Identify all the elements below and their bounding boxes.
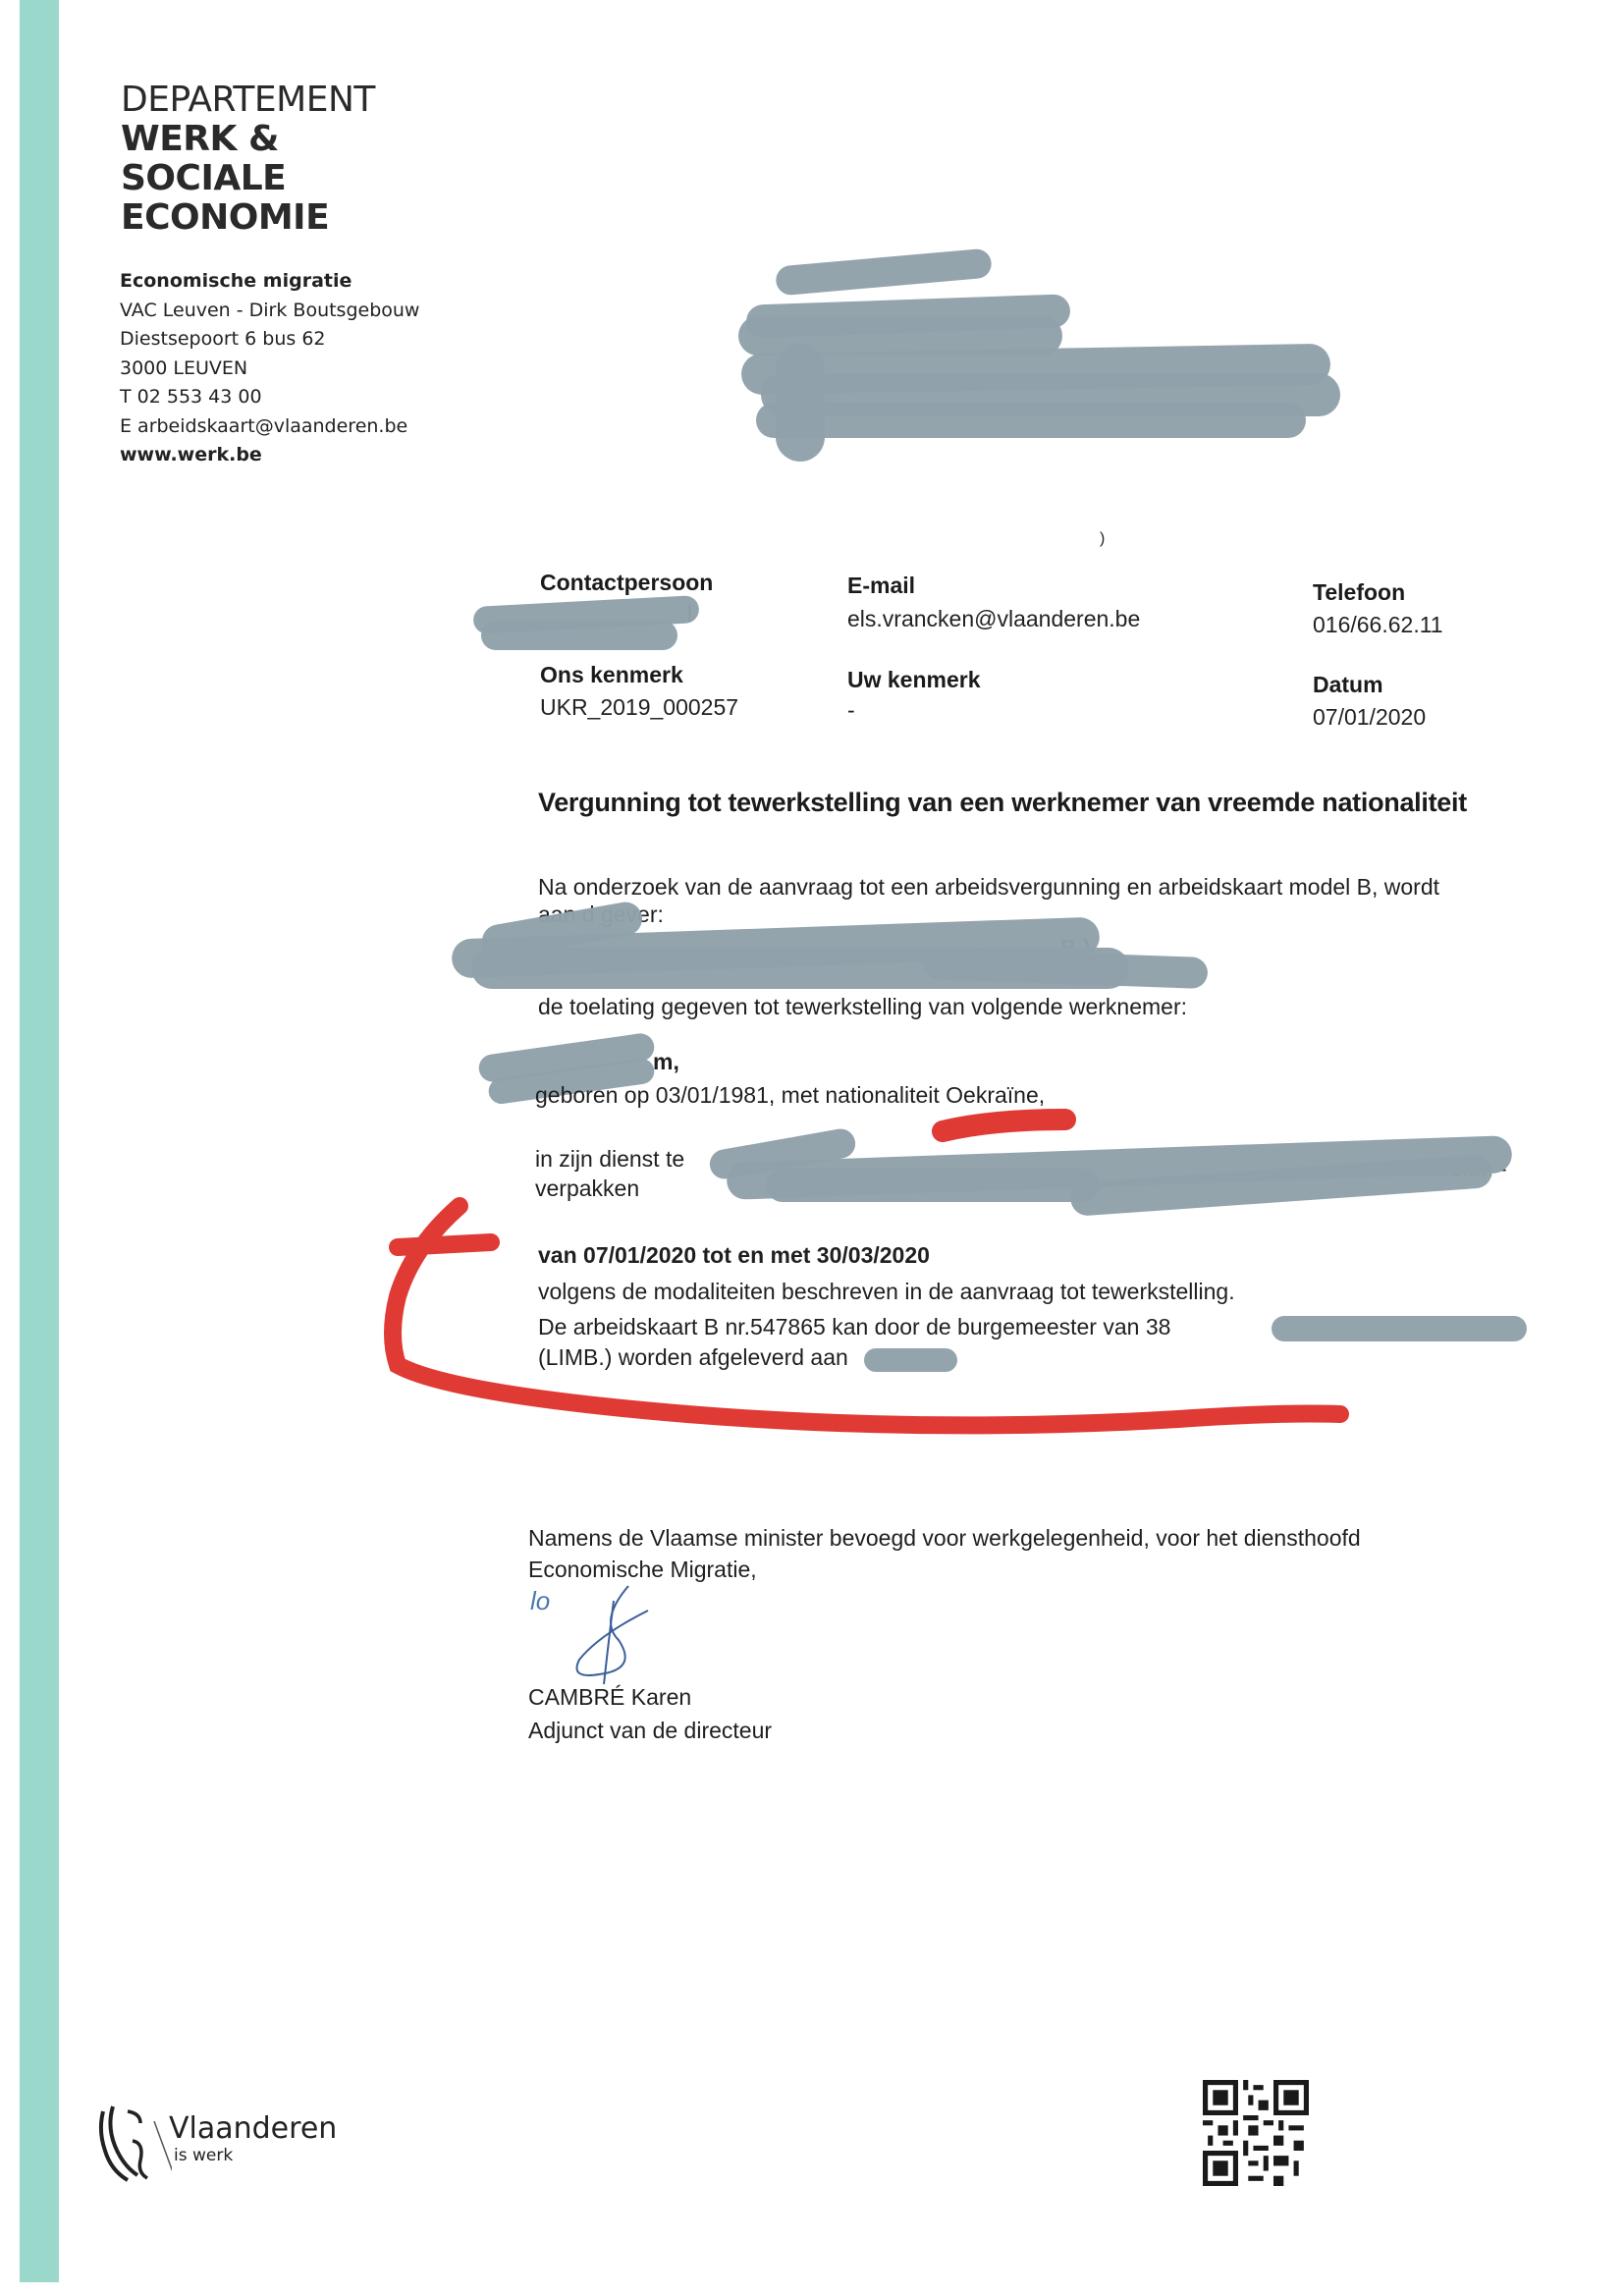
flemish-lion-icon bbox=[93, 2102, 172, 2185]
signatory-role: Adjunct van de directeur bbox=[528, 1715, 772, 1746]
handwritten-initials: lo bbox=[530, 1586, 550, 1616]
footer-logo-name: Vlaanderen bbox=[169, 2111, 337, 2146]
signature-scribble-icon bbox=[560, 1581, 668, 1689]
red-annotation bbox=[0, 0, 1624, 2296]
card-line1: De arbeidskaart B nr.547865 kan door de … bbox=[538, 1312, 1170, 1342]
signatory-name: CAMBRÉ Karen bbox=[528, 1681, 691, 1713]
on-behalf-line1: Namens de Vlaamse minister bevoegd voor … bbox=[528, 1522, 1361, 1554]
footer-logo-tagline: is werk bbox=[174, 2146, 233, 2165]
card-line2: (LIMB.) worden afgeleverd aan bbox=[538, 1342, 848, 1373]
qr-code-icon bbox=[1203, 2080, 1309, 2186]
modalities-line: volgens de modaliteiten beschreven in de… bbox=[538, 1277, 1235, 1307]
permit-period: van 07/01/2020 tot en met 30/03/2020 bbox=[538, 1240, 930, 1271]
